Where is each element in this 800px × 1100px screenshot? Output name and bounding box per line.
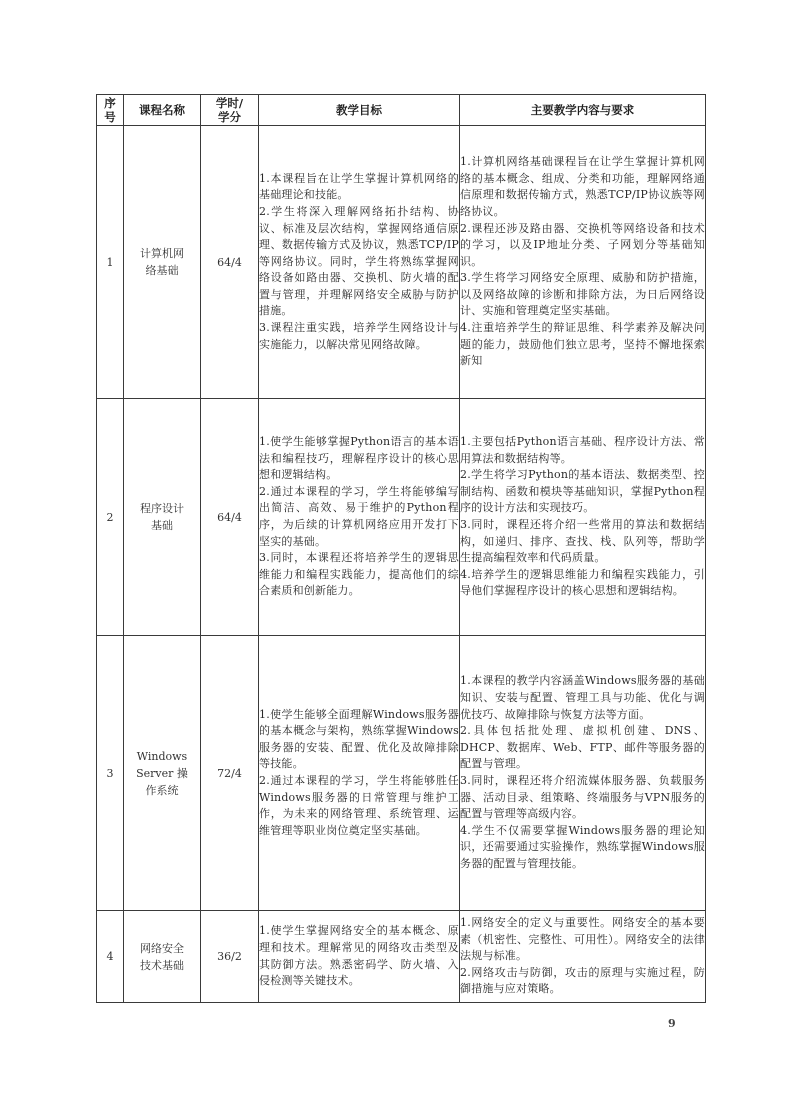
objective-item: 2.学生将深入理解网络拓扑结构、协议、标准及层次结构，掌握网络通信原理、数据传输… bbox=[259, 204, 459, 320]
objective-item: 3.同时，本课程还将培养学生的逻辑思维能力和编程实践能力，提高他们的综合素质和创… bbox=[259, 550, 459, 600]
content-item: 2.网络攻击与防御，攻击的原理与实施过程，防御措施与应对策略。 bbox=[460, 965, 705, 998]
course-hours: 64/4 bbox=[201, 399, 259, 636]
header-objectives: 教学目标 bbox=[259, 95, 460, 126]
content-item: 4.注重培养学生的辩证思维、科学素养及解决问题的能力，鼓励他们独立思考，坚持不懈… bbox=[460, 320, 705, 370]
content-item: 2.课程还涉及路由器、交换机等网络设备和技术的学习，以及IP地址分类、子网划分等… bbox=[460, 221, 705, 271]
course-objectives: 1.使学生能够掌握Python语言的基本语法和编程技巧，理解程序设计的核心思想和… bbox=[259, 399, 460, 636]
course-content: 1.计算机网络基础课程旨在让学生掌握计算机网络的基本概念、组成、分类和功能，理解… bbox=[460, 126, 706, 399]
course-hours: 36/2 bbox=[201, 911, 259, 1003]
objective-item: 1.本课程旨在让学生掌握计算机网络的基础理论和技能。 bbox=[259, 171, 459, 204]
row-number: 2 bbox=[97, 399, 124, 636]
table-row: 3 Windows Server 操作系统 72/4 1.使学生能够全面理解Wi… bbox=[97, 636, 706, 911]
objective-item: 2.通过本课程的学习，学生将能够编写出简洁、高效、易于维护的Python程序，为… bbox=[259, 484, 459, 550]
objective-item: 1.使学生掌握网络安全的基本概念、原理和技术。理解常见的网络攻击类型及其防御方法… bbox=[259, 923, 459, 989]
content-item: 2.学生将学习Python的基本语法、数据类型、控制结构、函数和模块等基础知识，… bbox=[460, 467, 705, 517]
course-name: Windows Server 操作系统 bbox=[124, 636, 201, 911]
row-number: 4 bbox=[97, 911, 124, 1003]
row-number: 1 bbox=[97, 126, 124, 399]
document-page: 序号 课程名称 学时/学分 教学目标 主要教学内容与要求 1 计算机网络基础 6… bbox=[0, 0, 800, 1100]
content-item: 1.本课程的教学内容涵盖Windows服务器的基础知识、安装与配置、管理工具与功… bbox=[460, 673, 705, 723]
course-content: 1.主要包括Python语言基础、程序设计方法、常用算法和数据结构等。 2.学生… bbox=[460, 399, 706, 636]
content-item: 4.学生不仅需要掌握Windows服务器的理论知识，还需要通过实验操作，熟练掌握… bbox=[460, 823, 705, 873]
course-content: 1.网络安全的定义与重要性。网络安全的基本要素（机密性、完整性、可用性）。网络安… bbox=[460, 911, 706, 1003]
objective-item: 1.使学生能够全面理解Windows服务器的基本概念与架构，熟练掌握Window… bbox=[259, 707, 459, 773]
table-header-row: 序号 课程名称 学时/学分 教学目标 主要教学内容与要求 bbox=[97, 95, 706, 126]
course-table: 序号 课程名称 学时/学分 教学目标 主要教学内容与要求 1 计算机网络基础 6… bbox=[96, 94, 706, 1003]
content-item: 1.计算机网络基础课程旨在让学生掌握计算机网络的基本概念、组成、分类和功能，理解… bbox=[460, 154, 705, 220]
objective-item: 2.通过本课程的学习，学生将能够胜任Windows服务器的日常管理与维护工作，为… bbox=[259, 773, 459, 839]
content-item: 4.培养学生的逻辑思维能力和编程实践能力，引导他们掌握程序设计的核心思想和逻辑结… bbox=[460, 567, 705, 600]
course-objectives: 1.使学生掌握网络安全的基本概念、原理和技术。理解常见的网络攻击类型及其防御方法… bbox=[259, 911, 460, 1003]
course-hours: 64/4 bbox=[201, 126, 259, 399]
row-number: 3 bbox=[97, 636, 124, 911]
course-content: 1.本课程的教学内容涵盖Windows服务器的基础知识、安装与配置、管理工具与功… bbox=[460, 636, 706, 911]
page-number: 9 bbox=[668, 1017, 676, 1030]
content-item: 2.具体包括批处理、虚拟机创建、DNS、DHCP、数据库、Web、FTP、邮件等… bbox=[460, 723, 705, 773]
table-row: 2 程序设计基础 64/4 1.使学生能够掌握Python语言的基本语法和编程技… bbox=[97, 399, 706, 636]
course-hours: 72/4 bbox=[201, 636, 259, 911]
header-no: 序号 bbox=[97, 95, 124, 126]
objective-item: 3.课程注重实践，培养学生网络设计与实施能力，以解决常见网络故障。 bbox=[259, 320, 459, 353]
header-hours-credits: 学时/学分 bbox=[201, 95, 259, 126]
content-item: 1.主要包括Python语言基础、程序设计方法、常用算法和数据结构等。 bbox=[460, 434, 705, 467]
course-name: 计算机网络基础 bbox=[124, 126, 201, 399]
header-content: 主要教学内容与要求 bbox=[460, 95, 706, 126]
course-name: 网络安全技术基础 bbox=[124, 911, 201, 1003]
content-item: 3.同时，课程还将介绍流媒体服务器、负载服务器、活动目录、组策略、终端服务与VP… bbox=[460, 773, 705, 823]
content-item: 1.网络安全的定义与重要性。网络安全的基本要素（机密性、完整性、可用性）。网络安… bbox=[460, 915, 705, 965]
content-item: 3.同时，课程还将介绍一些常用的算法和数据结构，如递归、排序、查找、栈、队列等，… bbox=[460, 517, 705, 567]
objective-item: 1.使学生能够掌握Python语言的基本语法和编程技巧，理解程序设计的核心思想和… bbox=[259, 434, 459, 484]
header-course-name: 课程名称 bbox=[124, 95, 201, 126]
content-item: 3.学生将学习网络安全原理、威胁和防护措施，以及网络故障的诊断和排除方法，为日后… bbox=[460, 270, 705, 320]
table-row: 4 网络安全技术基础 36/2 1.使学生掌握网络安全的基本概念、原理和技术。理… bbox=[97, 911, 706, 1003]
course-objectives: 1.本课程旨在让学生掌握计算机网络的基础理论和技能。 2.学生将深入理解网络拓扑… bbox=[259, 126, 460, 399]
table-row: 1 计算机网络基础 64/4 1.本课程旨在让学生掌握计算机网络的基础理论和技能… bbox=[97, 126, 706, 399]
course-name: 程序设计基础 bbox=[124, 399, 201, 636]
course-objectives: 1.使学生能够全面理解Windows服务器的基本概念与架构，熟练掌握Window… bbox=[259, 636, 460, 911]
